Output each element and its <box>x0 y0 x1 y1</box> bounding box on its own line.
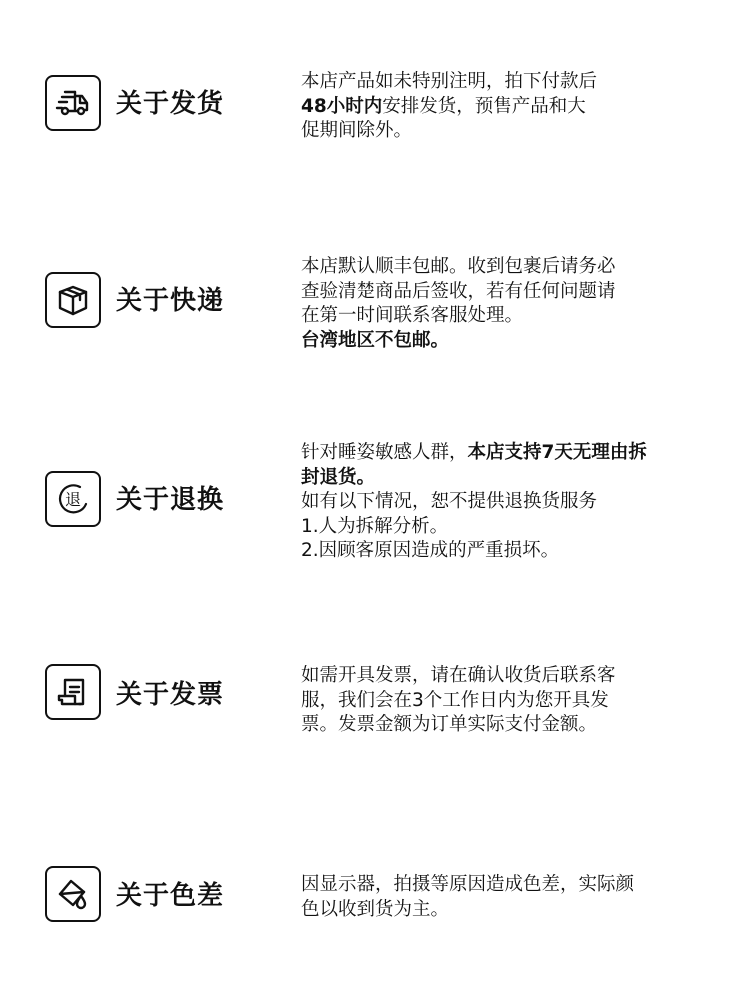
section-title: 关于快递 <box>116 286 224 316</box>
text-segment: 本店默认顺丰包邮。收到包裹后请务必 <box>301 256 616 277</box>
text-segment: 1.人为拆解分析。 <box>301 516 448 537</box>
text-segment-bold: 本店支持7天无理由拆 <box>468 442 647 463</box>
text-segment-bold: 封退货。 <box>301 467 375 488</box>
section-description: 本店默认顺丰包邮。收到包裹后请务必 查验清楚商品后签收，若有任何问题请 在第一时… <box>301 255 721 353</box>
text-segment: 促期间除外。 <box>301 120 412 141</box>
delivery-truck-icon <box>45 75 101 131</box>
text-segment-bold: 台湾地区不包邮。 <box>301 330 449 351</box>
section-description: 如需开具发票，请在确认收货后联系客 服，我们会在3个工作日内为您开具发 票。发票… <box>301 664 721 738</box>
text-segment: 色以收到货为主。 <box>301 899 449 920</box>
text-segment: 2.因顾客原因造成的严重损坏。 <box>301 540 559 561</box>
text-segment: 如需开具发票，请在确认收货后联系客 <box>301 665 616 686</box>
text-segment: 查验清楚商品后签收，若有任何问题请 <box>301 281 616 302</box>
section-title: 关于发票 <box>116 680 224 710</box>
text-segment: 如有以下情况，恕不提供退换货服务 <box>301 491 597 512</box>
section-description: 因显示器，拍摄等原因造成色差，实际颜 色以收到货为主。 <box>301 873 721 922</box>
text-segment: 在第一时间联系客服处理。 <box>301 305 523 326</box>
section-title: 关于退换 <box>116 485 224 515</box>
text-segment: 服，我们会在3个工作日内为您开具发 <box>301 690 609 711</box>
return-badge-icon: 退 <box>45 471 101 527</box>
text-segment-bold: 48小时内 <box>301 96 382 117</box>
text-segment: 票。发票金额为订单实际支付金额。 <box>301 714 597 735</box>
section-title: 关于色差 <box>116 881 224 911</box>
text-segment: 本店产品如未特别注明，拍下付款后 <box>301 71 597 92</box>
color-paint-bucket-icon <box>45 866 101 922</box>
invoice-receipt-icon <box>45 664 101 720</box>
text-segment: 安排发货，预售产品和大 <box>382 96 586 117</box>
text-segment: 针对睡姿敏感人群， <box>301 442 468 463</box>
text-segment: 因显示器，拍摄等原因造成色差，实际颜 <box>301 874 634 895</box>
svg-text:退: 退 <box>65 490 81 509</box>
section-description: 针对睡姿敏感人群，本店支持7天无理由拆 封退货。 如有以下情况，恕不提供退换货服… <box>301 441 721 564</box>
package-box-icon <box>45 272 101 328</box>
section-title: 关于发货 <box>116 89 224 119</box>
section-description: 本店产品如未特别注明，拍下付款后 48小时内安排发货，预售产品和大 促期间除外。 <box>301 70 721 144</box>
